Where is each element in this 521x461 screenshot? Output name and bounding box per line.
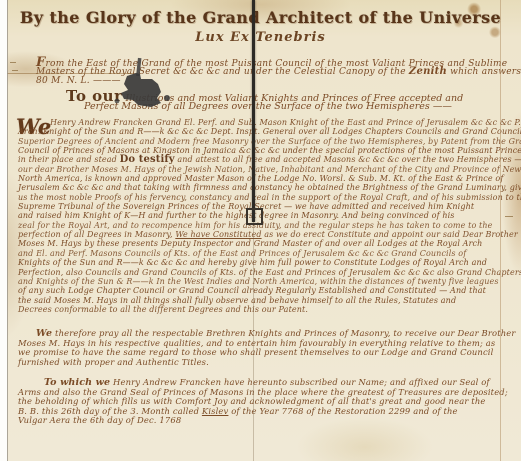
manuscript-line: Arch. Knight of the Sun and R——k &c &c &… [18,127,518,136]
manuscript-line: Perfection, also Councils and Grand Coun… [18,268,518,277]
manuscript-line: Decrees conformable to all the different… [18,305,518,314]
main-body-paragraph: Henry Andrew Francken Grand El. Perf. an… [18,118,518,314]
manuscript-line: Jerusalem &c &c &c and that taking with … [18,183,518,192]
closing-paragraph: To which we Henry Andrew Francken have h… [18,377,518,425]
manuscript-line: in their place and stead Do testify and … [18,155,518,164]
manuscript-line: zeal for the Royal Art, and to recompenc… [18,221,518,230]
petition-paragraph: We therefore pray all the respectable Br… [18,328,518,366]
margin-dash-mark [10,62,16,63]
scan-left-margin [0,0,7,461]
document-motto: Lux Ex Tenebris [0,30,521,45]
paper-right-fold [500,0,501,461]
manuscript-line: North America, is known and approved Mas… [18,174,518,183]
fold-crease-shadow [253,220,254,461]
manuscript-line: Council of Princes of Masons at Kingston… [18,146,518,155]
manuscript-line: Henry Andrew Francken Grand El. Perf. an… [18,118,518,127]
fold-box-mark [246,208,263,225]
manuscript-line: Moses M. Hays by these presents Deputy I… [18,239,518,248]
manuscript-line: perfection of all Degrees in Masonry, We… [18,230,518,239]
manuscript-line: we promise to have the same regard to th… [18,347,518,357]
manuscript-line: Supreme Tribunal of the Sovereign Prince… [18,202,518,211]
manuscript-line: 80 M. N. L. ——— [36,76,506,87]
manuscript-line: Masters of the Royal Secret &c &c &c and… [36,66,506,77]
manuscript-line: and Knights of the Sun & R——k In the Wes… [18,277,518,286]
manuscript-line: us the most noble Proofs of his fervency… [18,193,518,202]
manuscript-line: Moses M. Hays in his respective qualitie… [18,338,518,348]
document-title: By the Glory of the Grand Architect of t… [0,8,521,27]
manuscript-line: and El. and Perf. Masons Councils of Kts… [18,249,518,258]
manuscript-line: To which we Henry Andrew Francken have h… [18,377,518,387]
manuscript-line: Vulgar Aera the 6th day of Dec. 1768 [18,415,518,425]
manuscript-line: of any such Lodge Chapter Council or Gra… [18,286,518,295]
margin-dash-mark [12,70,18,71]
manuscript-line: B. B. this 26th day of the 3. Month call… [18,406,518,416]
manuscript-line: From the East of the Grand of the most P… [36,55,506,66]
manuscript-line: We therefore pray all the respectable Br… [18,328,518,338]
margin-dash-mark [505,216,513,217]
manuscript-line: Arms and also the Grand Seal of Princes … [18,387,518,397]
fold-tape-mark [252,0,255,222]
manuscript-line: Superior Degrees of Ancient and Modern f… [18,137,518,146]
manuscript-line: furnished with proper and Authentic Titl… [18,357,518,367]
manuscript-line: the said Moses M. Hays in all things sha… [18,296,518,305]
paper-left-edge [7,0,8,461]
preamble-paragraph: From the East of the Grand of the most P… [36,55,506,87]
manuscript-line: Knights of the Sun and R——k &c &c &c and… [18,258,518,267]
manuscript-scan: By the Glory of the Grand Architect of t… [0,0,521,461]
ink-blot [110,52,180,112]
manuscript-line: the beholding of which fills us with Com… [18,396,518,406]
manuscript-line: and raised him Knight of K—H and further… [18,211,518,220]
manuscript-line: our dear Brother Moses M. Hays of the Je… [18,165,518,174]
